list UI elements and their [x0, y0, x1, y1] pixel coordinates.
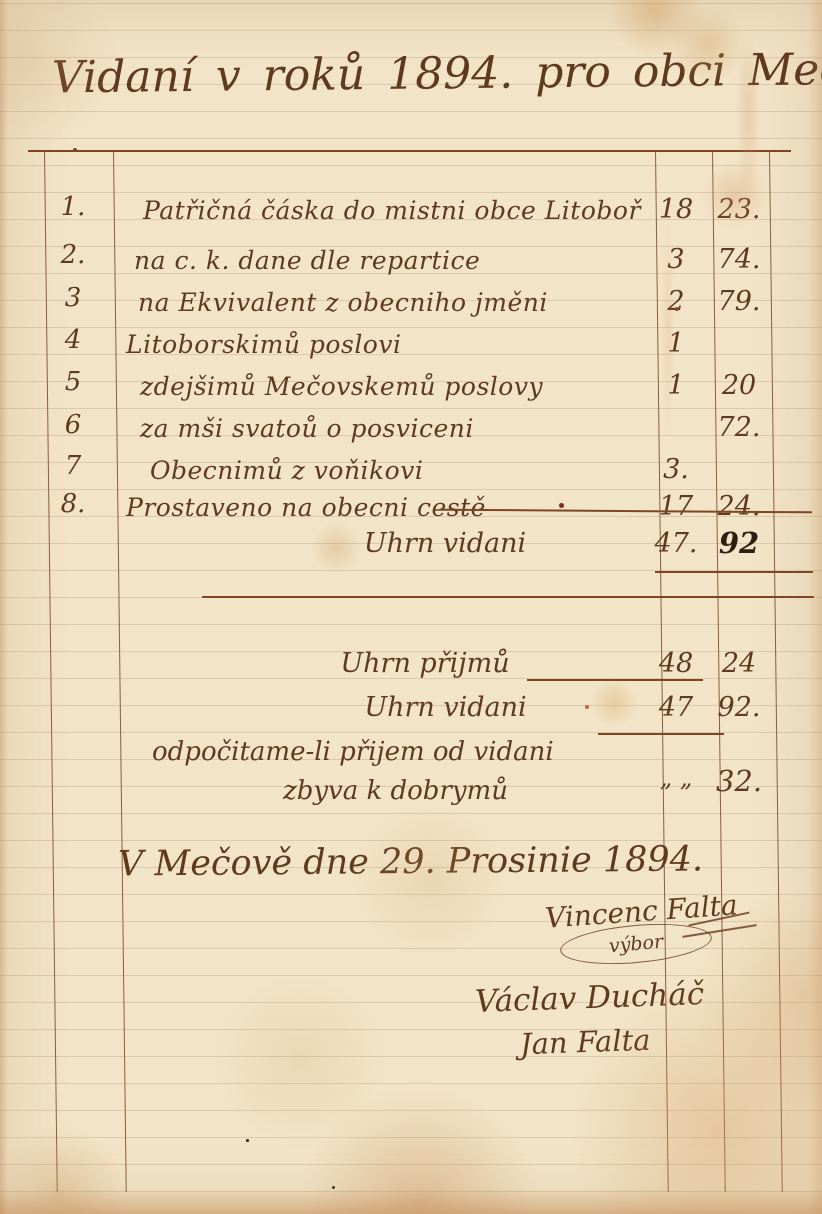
total-underline [655, 571, 813, 573]
row-amount-kr: 74. [708, 244, 770, 275]
ledger-page: Vidaní v roků 1894. pro obci Mečov 1. Pa… [0, 0, 822, 1214]
row-number: 8. [44, 489, 102, 519]
row-label: na c. k. dane dle repartice [134, 246, 480, 275]
row-label: Litoborskimů poslovi [126, 330, 401, 359]
ink-speck [332, 1186, 335, 1189]
summary-note-line2: zbyva k dobrymů [283, 776, 508, 806]
ink-speck [559, 503, 564, 508]
signature-vaclav-duchac: Václav Ducháč [474, 976, 704, 1020]
row-amount-kr: 24. [708, 491, 770, 522]
row-amount-zl: 3. [645, 454, 707, 485]
row-amount-kr: 23. [708, 194, 770, 225]
summary-expense-label: Uhrn vidani [328, 692, 563, 723]
total-label: Uhrn vidani [330, 528, 560, 559]
signature-jan-falta: Jan Falta [519, 1023, 651, 1062]
row-label: Obecnimů z voňikovi [150, 456, 423, 485]
summary-income-underline [527, 679, 703, 681]
row-amount-kr: 20 [708, 370, 770, 401]
remainder-kr: 32. [708, 764, 770, 798]
page-title: Vidaní v roků 1894. pro obci Mečov [52, 44, 822, 104]
summary-income-zl: 48 [645, 648, 707, 679]
column-line-right [769, 150, 783, 1192]
row-number: 6 [44, 410, 102, 440]
row-label: zdejšimů Mečovskemů poslovy [140, 372, 543, 401]
total-amount-kr: 92 [708, 526, 770, 560]
remainder-zl: „ „ [645, 764, 707, 792]
row-label: na Ekvivalent z obecniho jměni [138, 288, 548, 317]
summary-income-label: Uhrn přijmů [320, 648, 530, 679]
row-amount-zl: 18 [645, 194, 707, 225]
date-line: V Mečově dne 29. Prosinie 1894. [118, 839, 703, 884]
row-number: 3 [44, 283, 102, 313]
row-amount-kr: 79. [708, 286, 770, 317]
row-number: 5 [44, 367, 102, 397]
row-label: Prostaveno na obecni cestě [126, 493, 486, 522]
column-line-number [113, 150, 127, 1192]
total-amount-zl: 47. [645, 528, 707, 559]
section-separator [202, 596, 814, 598]
ink-speck [585, 705, 589, 709]
row-amount-kr: 72. [708, 412, 770, 443]
summary-expense-zl: 47 [645, 692, 707, 723]
row-amount-zl: 1 [645, 328, 707, 359]
summary-income-kr: 24 [708, 648, 770, 679]
row-amount-zl: 17 [645, 491, 707, 522]
signature-role-label: výbor [608, 931, 664, 958]
row-number: 7 [44, 451, 102, 481]
row-label: Patřičná čáska do mistni obce Litoboř [143, 196, 641, 225]
row-number: 1. [44, 192, 102, 222]
row-number: 4 [44, 325, 102, 355]
row-amount-zl: 1 [645, 370, 707, 401]
ink-speck [246, 1139, 249, 1142]
row-amount-zl: 3 [645, 244, 707, 275]
row-amount-zl: 2 [645, 286, 707, 317]
row-number: 2. [44, 240, 102, 270]
summary-note-line1: odpočitame-li přijem od vidani [152, 737, 554, 767]
row-label: za mši svatoů o posviceni [140, 414, 474, 443]
summary-expense-kr: 92. [708, 692, 770, 723]
summary-expense-underline [598, 733, 724, 735]
table-top-rule [28, 150, 791, 152]
